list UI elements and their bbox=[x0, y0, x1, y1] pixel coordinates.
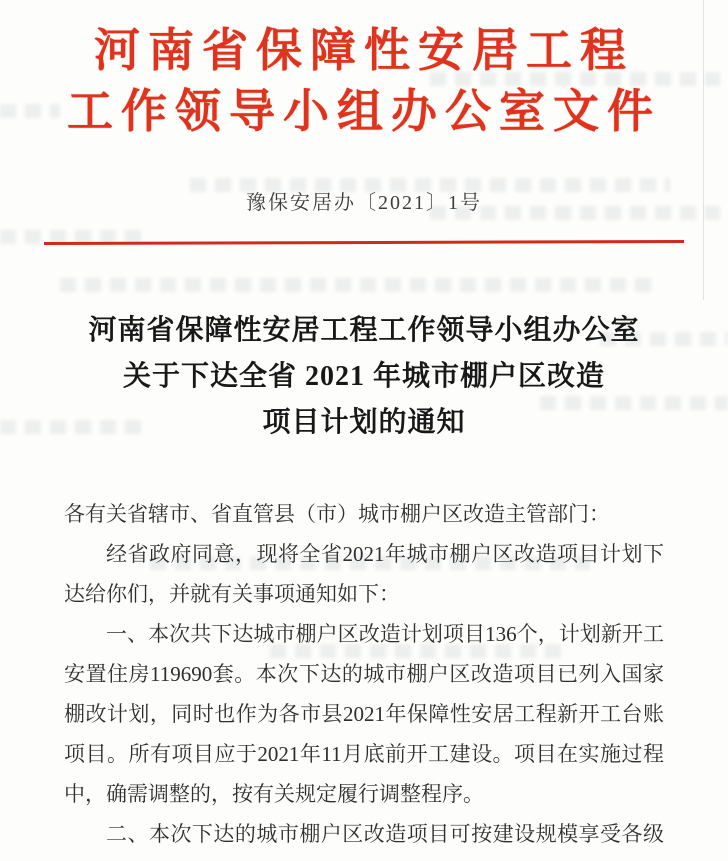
title-line-3: 项目计划的通知 bbox=[0, 400, 728, 446]
body-line: 项目。所有项目应于2021年11月底前开工建设。项目在实施过程 bbox=[64, 734, 664, 774]
document-title: 河南省保障性安居工程工作领导小组办公室 关于下达全省 2021 年城市棚户区改造… bbox=[0, 308, 728, 446]
document-body: 各有关省辖市、省直管县（市）城市棚户区改造主管部门： 经省政府同意，现将全省20… bbox=[64, 494, 664, 854]
body-line: 经省政府同意，现将全省2021年城市棚户区改造项目计划下 bbox=[64, 534, 664, 574]
body-line-item-two: 二、本次下达的城市棚户区改造项目可按建设规模享受各级 bbox=[64, 814, 664, 854]
letterhead-line-1: 河南省保障性安居工程 bbox=[0, 20, 728, 81]
body-line: 安置住房119690套。本次下达的城市棚户区改造项目已列入国家 bbox=[64, 654, 664, 694]
letterhead-line-2: 工作领导小组办公室文件 bbox=[0, 81, 728, 142]
body-line: 达给你们，并就有关事项通知如下： bbox=[64, 574, 664, 614]
body-line: 中，确需调整的，按有关规定履行调整程序。 bbox=[64, 774, 664, 814]
scan-edge-artifact bbox=[703, 0, 704, 300]
scanned-document-page: 河南省保障性安居工程 工作领导小组办公室文件 豫保安居办〔2021〕1号 河南省… bbox=[0, 0, 728, 861]
body-line-salutation: 各有关省辖市、省直管县（市）城市棚户区改造主管部门： bbox=[64, 494, 664, 534]
title-line-1: 河南省保障性安居工程工作领导小组办公室 bbox=[0, 308, 728, 354]
letterhead: 河南省保障性安居工程 工作领导小组办公室文件 bbox=[0, 0, 728, 142]
body-line: 棚改计划，同时也作为各市县2021年保障性安居工程新开工台账 bbox=[64, 694, 664, 734]
body-line-item-one: 一、本次共下达城市棚户区改造计划项目136个，计划新开工 bbox=[64, 614, 664, 654]
red-rule-divider bbox=[44, 240, 684, 245]
document-number: 豫保安居办〔2021〕1号 bbox=[0, 186, 728, 215]
title-line-2: 关于下达全省 2021 年城市棚户区改造 bbox=[0, 354, 728, 400]
bleed-through-artifact bbox=[60, 278, 660, 292]
